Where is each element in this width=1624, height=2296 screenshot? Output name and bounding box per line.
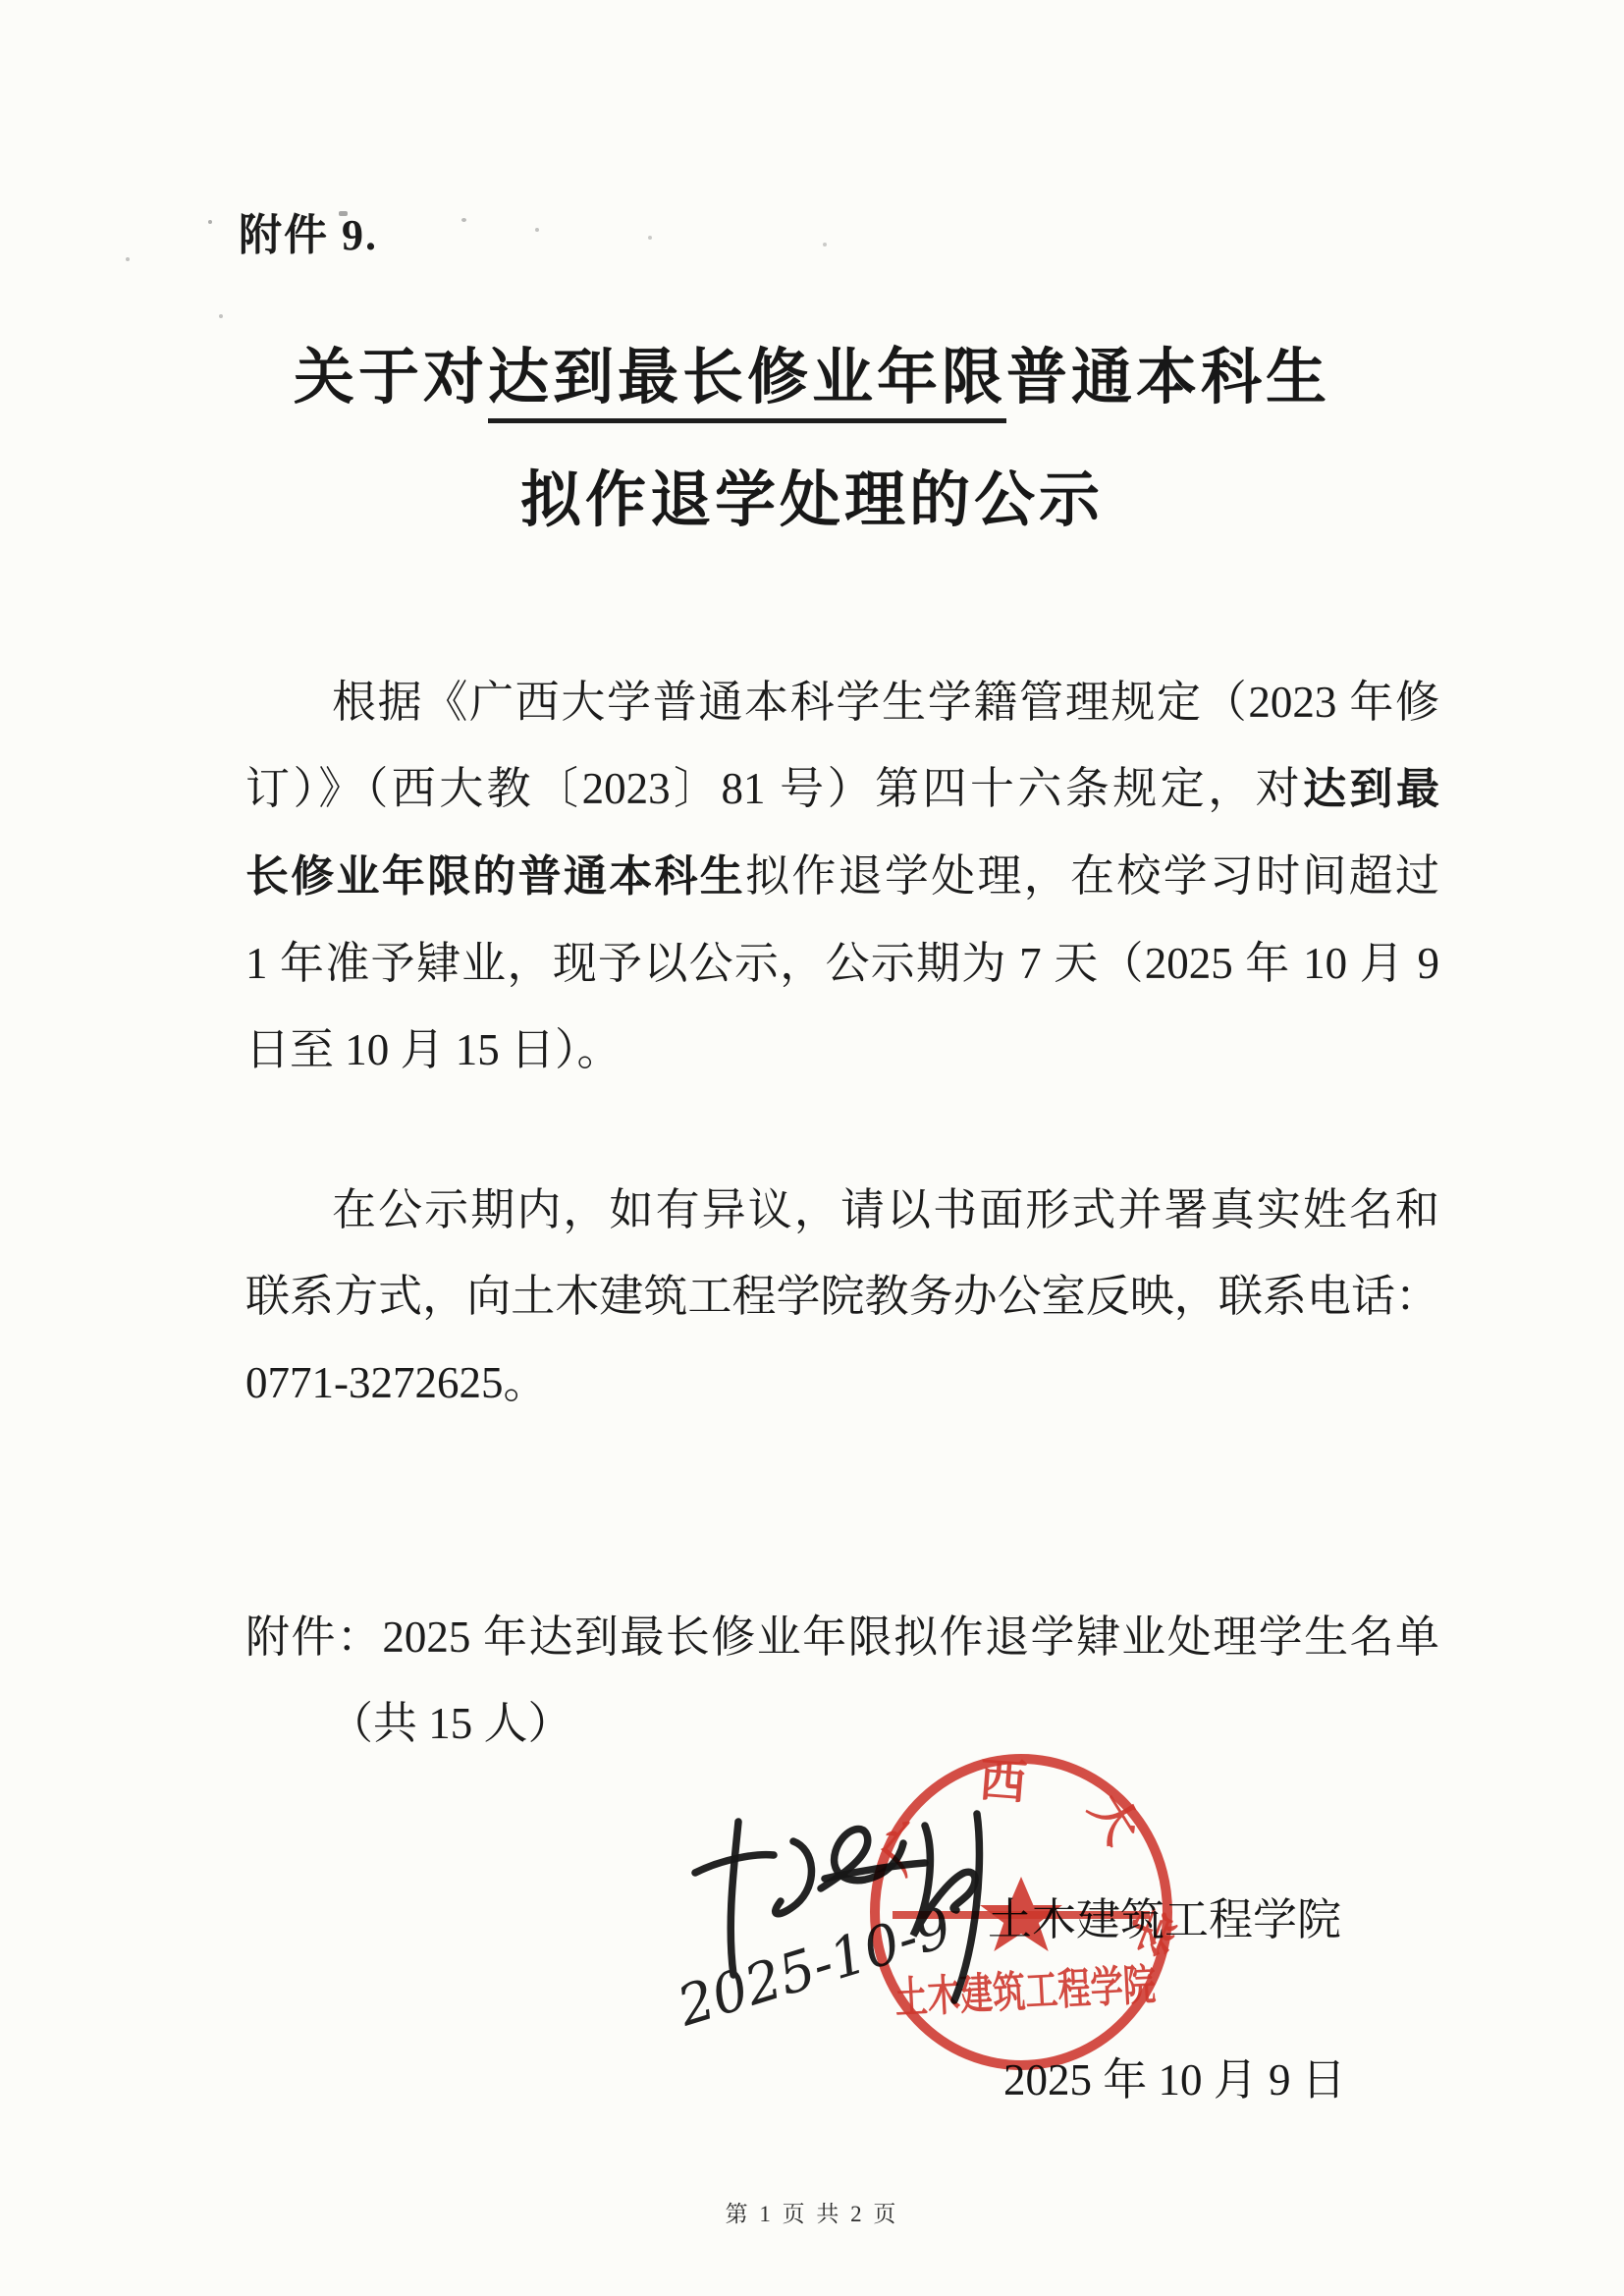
title-line1-pre: 关于对 — [294, 344, 488, 411]
text-line: 附件：2025 年达到最长修业年限拟作退学肄业处理学生名单 — [245, 1594, 1439, 1680]
attachment-note: 附件：2025 年达到最长修业年限拟作退学肄业处理学生名单 （共 15 人） — [245, 1594, 1439, 1767]
signature-stroke — [731, 1822, 738, 1975]
text-segment: 订）》（西大教〔2023〕81 号）第四十六条规定，对 — [245, 764, 1303, 813]
text-line: 订）》（西大教〔2023〕81 号）第四十六条规定，对达到最 — [245, 745, 1439, 833]
attachment-label: 附件 9. — [239, 208, 378, 263]
scan-speck — [461, 218, 466, 222]
signature-stroke — [776, 1841, 812, 1914]
text-segment: 拟作退学处理，在校学习时间超过 — [745, 851, 1439, 901]
paragraph-2: 在公示期内，如有异议，请以书面形式并署真实姓名和 联系方式，向土木建筑工程学院教… — [245, 1167, 1439, 1426]
paragraph-1: 根据《广西大学普通本科学生学籍管理规定（2023 年修 订）》（西大教〔2023… — [245, 659, 1439, 1093]
text-line: 长修业年限的普通本科生拟作退学处理，在校学习时间超过 — [245, 833, 1439, 920]
scanned-document-page: 附件 9. 关于对达到最长修业年限普通本科生 拟作退学处理的公示 根据《广西大学… — [0, 0, 1624, 2296]
text-line: 日至 10 月 15 日）。 — [245, 1007, 1439, 1093]
text-line: 根据《广西大学普通本科学生学籍管理规定（2023 年修 — [245, 659, 1439, 745]
scan-speck — [648, 236, 652, 240]
scan-speck — [823, 243, 827, 246]
text-line: 0771-3272625。 — [245, 1339, 1439, 1426]
title-line-1: 关于对达到最长修业年限普通本科生 — [0, 316, 1624, 439]
document-title: 关于对达到最长修业年限普通本科生 拟作退学处理的公示 — [0, 316, 1624, 562]
title-line1-post: 普通本科生 — [1006, 344, 1330, 411]
scan-speck — [208, 220, 212, 224]
scan-speck — [126, 257, 130, 261]
handwritten-date: 2025-10-9 — [677, 1895, 959, 2039]
text-line: 1 年准予肄业，现予以公示，公示期为 7 天（2025 年 10 月 9 — [245, 920, 1439, 1007]
scan-speck — [535, 228, 539, 232]
title-line1-underlined: 达到最长修业年限 — [488, 344, 1006, 423]
text-segment-bold: 达到最 — [1303, 765, 1439, 813]
page-footer: 第 1 页 共 2 页 — [0, 2196, 1624, 2228]
title-line-2: 拟作退学处理的公示 — [0, 439, 1624, 562]
text-segment-bold: 长修业年限的普通本科生 — [245, 852, 745, 901]
handwritten-signature: 2025-10-9 — [677, 1792, 1031, 2067]
text-line: 在公示期内，如有异议，请以书面形式并署真实姓名和 — [245, 1167, 1439, 1253]
text-line: 联系方式，向土木建筑工程学院教务办公室反映，联系电话： — [245, 1253, 1439, 1339]
